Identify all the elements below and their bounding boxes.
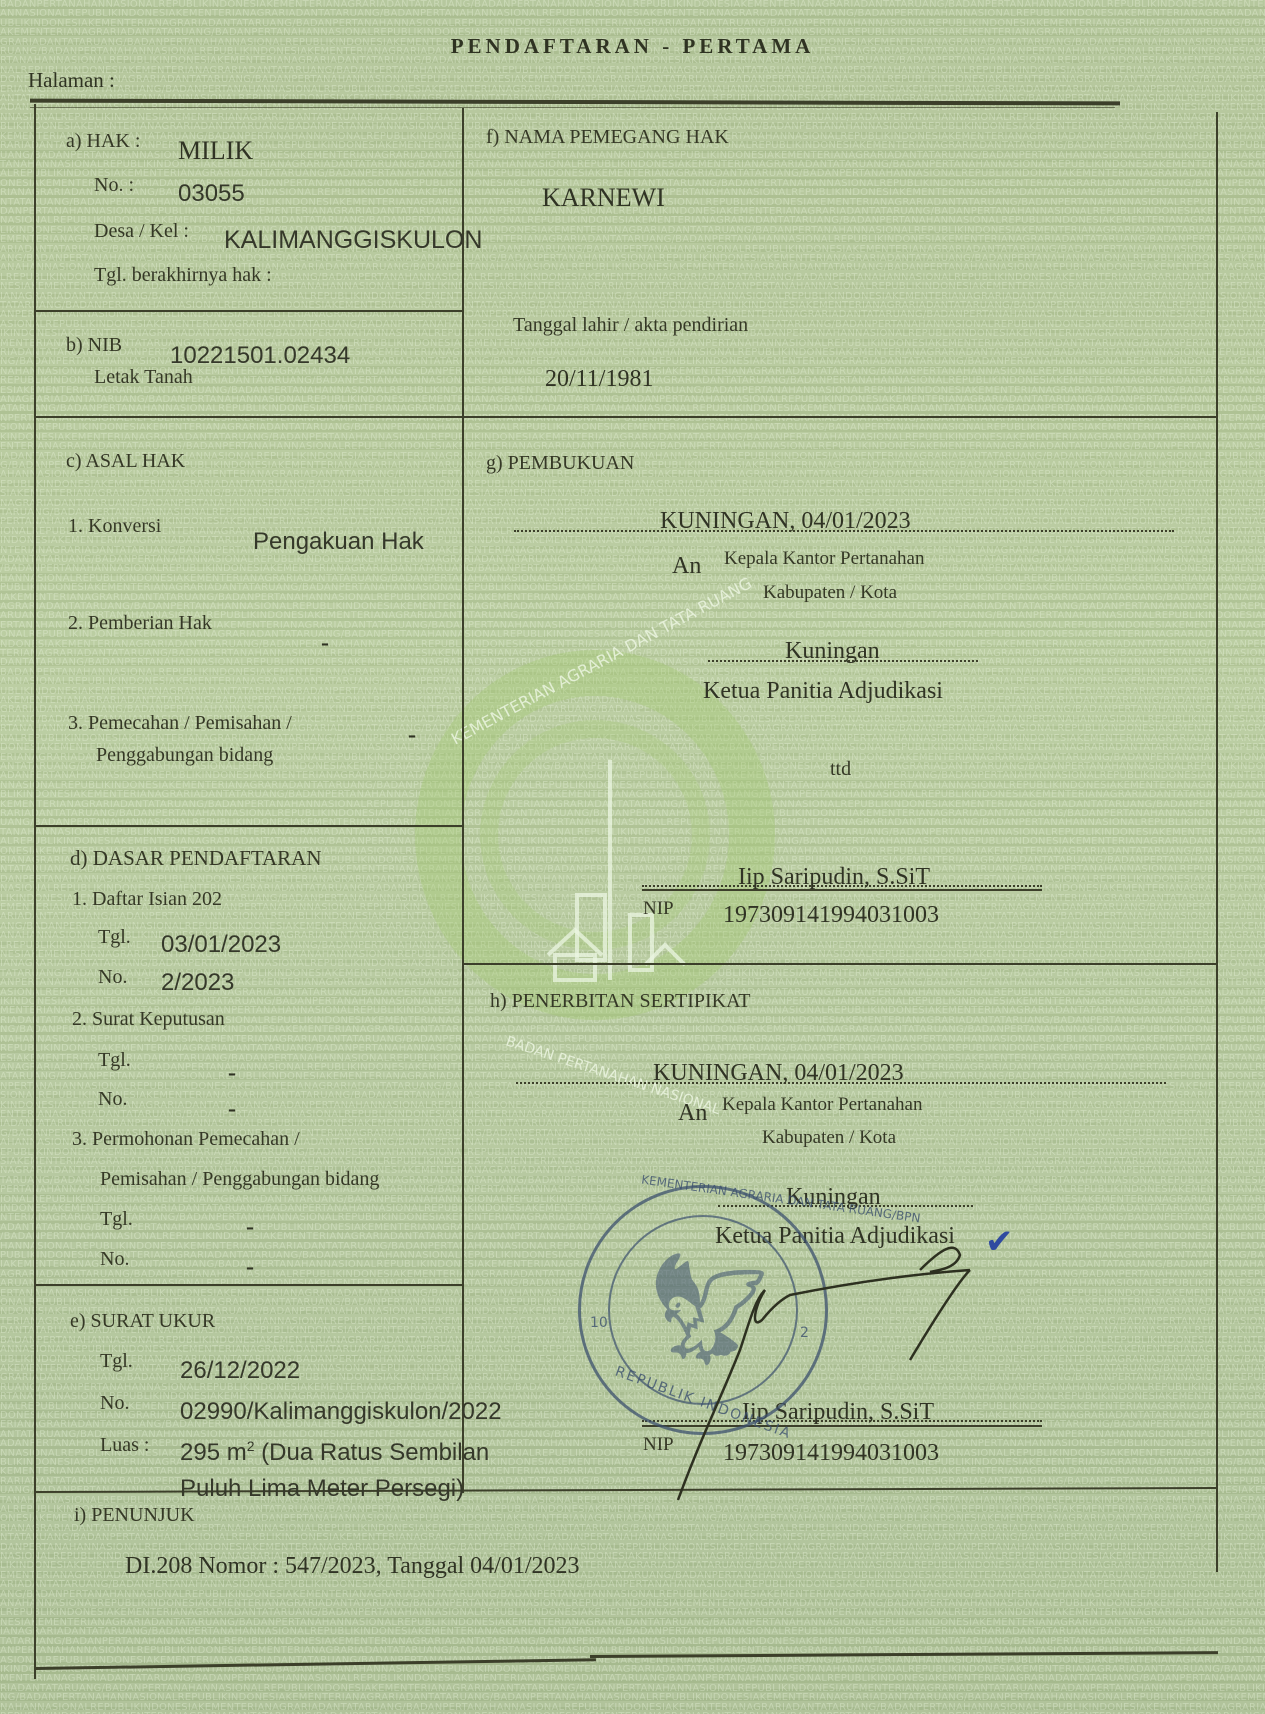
signature-icon	[640, 1200, 1040, 1520]
penunjuk-heading: i) PENUNJUK	[74, 1504, 195, 1527]
luas-words-2: Puluh Lima Meter Persegi)	[180, 1475, 464, 1503]
pm-tgl-value: -	[246, 1214, 254, 1241]
pemberian-hak-value: -	[321, 630, 329, 657]
divider-c-d	[36, 825, 462, 827]
nib-label: b) NIB	[66, 334, 122, 357]
sk-tgl-label: Tgl.	[98, 1049, 131, 1072]
g-an-label: An	[672, 553, 701, 580]
pemecahan-value: -	[408, 722, 416, 749]
di-no-label: No.	[98, 966, 127, 989]
luas-value: 295 m2 (Dua Ratus Sembilan	[180, 1438, 489, 1467]
frame-left-border	[34, 104, 36, 1679]
tgl-berakhir-label: Tgl. berakhirnya hak :	[94, 264, 272, 287]
di-tgl-value: 03/01/2023	[161, 931, 281, 959]
di-no-value: 2/2023	[161, 969, 234, 997]
divider-g-h	[462, 963, 1216, 965]
asal-hak-heading: c) ASAL HAK	[66, 450, 185, 473]
letak-tanah-label: Letak Tanah	[94, 366, 193, 389]
sk-tgl-value: -	[228, 1060, 236, 1087]
surat-keputusan-label: 2. Surat Keputusan	[72, 1008, 225, 1031]
page-label: Halaman :	[28, 68, 115, 93]
tgl-lahir-label: Tanggal lahir / akta pendirian	[513, 314, 748, 337]
g-office-line2: Kabupaten / Kota	[763, 582, 897, 604]
penunjuk-value: DI.208 Nomor : 547/2023, Tanggal 04/01/2…	[125, 1553, 580, 1580]
frame-top-border-inner	[30, 107, 1115, 108]
konversi-value: Pengakuan Hak	[253, 528, 424, 556]
hak-value: MILIK	[178, 136, 253, 166]
document-title: PENDAFTARAN - PERTAMA	[0, 34, 1265, 59]
holder-name: KARNEWI	[542, 183, 665, 213]
stamp-left-number: 10	[590, 1315, 608, 1331]
tgl-lahir-value: 20/11/1981	[545, 366, 653, 393]
di-tgl-label: Tgl.	[98, 926, 131, 949]
su-no-label: No.	[100, 1392, 129, 1415]
g-city: Kuningan	[785, 638, 880, 665]
pm-tgl-label: Tgl.	[100, 1208, 133, 1231]
pm-no-value: -	[246, 1254, 254, 1281]
g-nip-value: 197309141994031003	[723, 902, 939, 929]
daftar-isian-label: 1. Daftar Isian 202	[72, 888, 222, 911]
divider-d-e	[36, 1284, 462, 1286]
hak-label: a) HAK :	[66, 130, 140, 153]
h-office-line1: Kepala Kantor Pertanahan	[722, 1094, 922, 1116]
pemecahan-label: 3. Pemecahan / Pemisahan /	[68, 712, 292, 735]
nib-value: 10221501.02434	[170, 342, 350, 370]
su-tgl-label: Tgl.	[100, 1350, 133, 1373]
desa-value: KALIMANGGISKULON	[224, 226, 482, 255]
hak-number: 03055	[178, 180, 245, 208]
g-place-date: KUNINGAN, 04/01/2023	[660, 508, 911, 535]
surat-ukur-heading: e) SURAT UKUR	[70, 1310, 215, 1333]
luas-label: Luas :	[100, 1434, 149, 1457]
column-divider	[462, 108, 464, 1493]
permohonan-label: 3. Permohonan Pemecahan /	[72, 1128, 300, 1151]
g-signer-name: Iip Saripudin, S.SiT	[738, 864, 930, 891]
nama-pemegang-hak-heading: f) NAMA PEMEGANG HAK	[486, 126, 729, 149]
permohonan-label-2: Pemisahan / Penggabungan bidang	[100, 1168, 379, 1191]
sk-no-value: -	[228, 1096, 236, 1123]
desa-label: Desa / Kel :	[94, 220, 189, 243]
dasar-pendaftaran-heading: d) DASAR PENDAFTARAN	[70, 846, 322, 871]
pemecahan-label-2: Penggabungan bidang	[96, 744, 273, 767]
h-place-date: KUNINGAN, 04/01/2023	[653, 1060, 904, 1087]
g-office-line1: Kepala Kantor Pertanahan	[724, 548, 924, 570]
penerbitan-sertipikat-heading: h) PENERBITAN SERTIPIKAT	[490, 990, 751, 1013]
h-office-line2: Kabupaten / Kota	[762, 1127, 896, 1149]
g-nip-label: NIP	[643, 898, 674, 920]
sk-no-label: No.	[98, 1088, 127, 1111]
divider-b-c	[36, 416, 1216, 418]
konversi-label: 1. Konversi	[68, 515, 161, 538]
g-position: Ketua Panitia Adjudikasi	[703, 678, 943, 705]
pm-no-label: No.	[100, 1248, 129, 1271]
divider-a-b	[36, 310, 462, 312]
pemberian-hak-label: 2. Pemberian Hak	[68, 612, 212, 635]
g-ttd: ttd	[830, 758, 851, 781]
h-an-label: An	[678, 1100, 707, 1127]
su-no-value: 02990/Kalimanggiskulon/2022	[180, 1398, 502, 1426]
su-tgl-value: 26/12/2022	[180, 1357, 300, 1385]
pembukuan-heading: g) PEMBUKUAN	[486, 452, 634, 475]
no-label: No. :	[94, 174, 134, 197]
frame-right-border	[1216, 112, 1218, 1572]
